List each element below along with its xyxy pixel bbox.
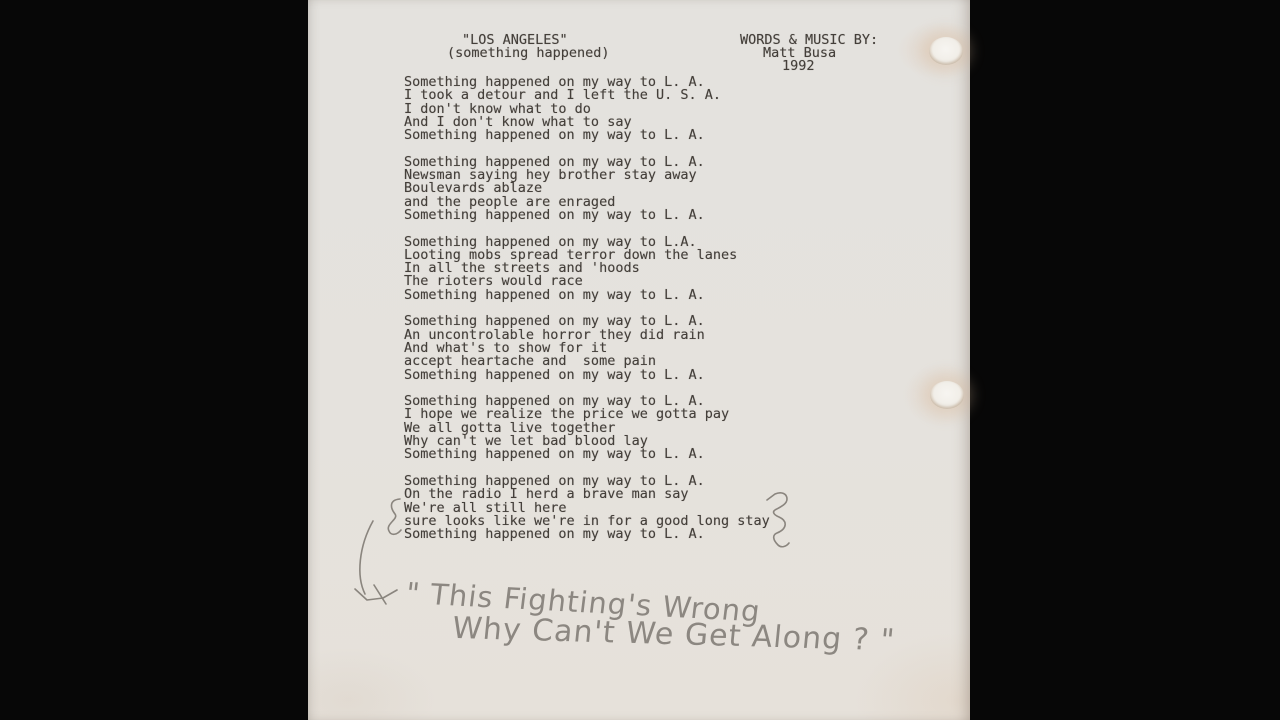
stanza: Something happened on my way to L.A.Loot… [404, 236, 770, 302]
down-arrow-head [355, 589, 397, 600]
photo-background: "LOS ANGELES" (something happened) WORDS… [0, 0, 1280, 720]
down-arrow-tick [374, 585, 386, 604]
stanza: Something happened on my way to L. A.New… [404, 156, 770, 222]
lyric-line: Something happened on my way to L. A. [404, 528, 770, 541]
lyrics: Something happened on my way to L. A.I t… [404, 76, 770, 555]
stanza: Something happened on my way to L. A.On … [404, 475, 770, 541]
stanza: Something happened on my way to L. A.I t… [404, 76, 770, 142]
lyric-line: Something happened on my way to L. A. [404, 448, 770, 461]
handwritten-note-line2: Why Can't We Get Along ? " [451, 611, 897, 658]
right-curly-bracket-mark [767, 493, 789, 547]
lyric-line: Something happened on my way to L. A. [404, 289, 770, 302]
stanza: Something happened on my way to L. A.I h… [404, 395, 770, 461]
credit-year: 1992 [782, 60, 815, 73]
lyric-sheet: "LOS ANGELES" (something happened) WORDS… [308, 0, 970, 720]
hole-punch-top [929, 37, 963, 65]
song-subtitle: (something happened) [447, 47, 610, 60]
lyric-line: Something happened on my way to L. A. [404, 369, 770, 382]
down-arrow-mark [360, 521, 373, 594]
hole-punch-middle [930, 381, 964, 409]
stanza: Something happened on my way to L. A.An … [404, 315, 770, 381]
left-curly-bracket-mark [388, 499, 401, 534]
lyric-line: Something happened on my way to L. A. [404, 209, 770, 222]
lyric-line: Something happened on my way to L. A. [404, 129, 770, 142]
